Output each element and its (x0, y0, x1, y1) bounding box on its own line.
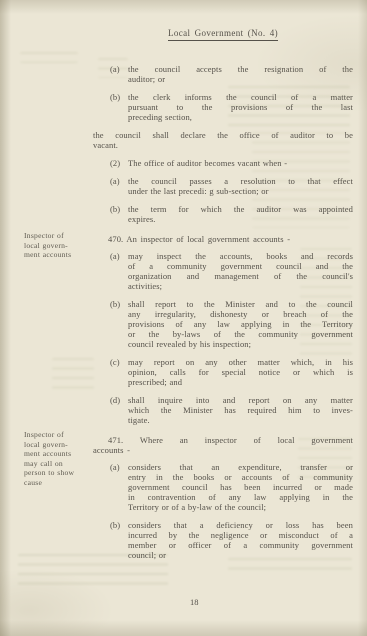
text-line: shall report to the Minister and to the … (128, 299, 353, 309)
text-line: may report on any other matter which, in… (128, 357, 353, 367)
text-line: pursuant to the provisions of the last (128, 102, 353, 112)
document-page: Local Government (No. 4) Inspector ofloc… (0, 0, 367, 636)
text-line: tigate. (128, 415, 353, 425)
ink-bleed-through (20, 52, 78, 63)
text-line: may inspect the accounts, books and reco… (128, 251, 353, 261)
text-line: council revealed by his inspection; (128, 339, 353, 349)
text-line: organization and management of the counc… (128, 271, 353, 281)
paragraph-label: (2) (110, 158, 128, 168)
paragraph-text: the council accepts the resignation of t… (128, 64, 353, 84)
text-line: any irregularity, dishonesty or breach o… (128, 309, 353, 319)
paragraph-text: the term for which the auditor was appoi… (128, 204, 353, 224)
text-line: activities; (128, 281, 353, 291)
text-line: may call on (24, 459, 94, 469)
paragraph-text: The office of auditor becomes vacant whe… (128, 158, 353, 168)
text-line: in contravention of any law applying in … (128, 492, 353, 502)
paragraph-text: shall report to the Minister and to the … (128, 299, 353, 349)
section-471-lead: 471. Where an inspector of local governm… (93, 435, 353, 455)
ink-bleed-through (52, 358, 94, 392)
text-line: Territory or of a by-law of the council; (128, 502, 353, 512)
text-line: local govern- (24, 440, 94, 450)
paragraph-text: the clerk informs the council of a matte… (128, 92, 353, 122)
text-line: The office of auditor becomes vacant whe… (128, 158, 353, 168)
text-line: or the by-laws of the community governme… (128, 329, 353, 339)
text-line: 470. An inspector of local government ac… (93, 234, 353, 244)
text-line: auditor; or (128, 74, 353, 84)
paragraph-text: the council passes a resolution to that … (128, 176, 353, 196)
sub-paragraph: (b)the term for which the auditor was ap… (110, 204, 353, 224)
text-line: which the Minister has required him to i… (128, 405, 353, 415)
text-line: ment accounts (24, 449, 94, 459)
text-line: of a community government council and th… (128, 261, 353, 271)
text-line: the council shall declare the office of … (93, 130, 353, 140)
sub-paragraph: (d)shall inquire into and report on any … (110, 395, 353, 425)
paragraph-label: (c) (110, 357, 128, 387)
text-line: vacant. (93, 140, 353, 150)
section-470-lead: 470. An inspector of local government ac… (93, 234, 353, 244)
sub-paragraph: (2)The office of auditor becomes vacant … (110, 158, 353, 168)
text-line: government council has been incurred or … (128, 482, 353, 492)
text-line: cause (24, 478, 94, 488)
text-line: prescribed; and (128, 377, 353, 387)
text-line: the clerk informs the council of a matte… (128, 92, 353, 102)
text-line: expires. (128, 214, 353, 224)
paragraph-label: (b) (110, 520, 128, 560)
page-header: Local Government (No. 4) (93, 23, 353, 41)
text-line: opinion, calls for special notice or whi… (128, 367, 353, 377)
text-line: under the last precedi: g sub-section; o… (128, 186, 353, 196)
paragraph-label: (b) (110, 92, 128, 122)
subsection-2-subparagraphs: (a)the council passes a resolution to th… (93, 176, 353, 224)
text-line: the council accepts the resignation of t… (128, 64, 353, 74)
text-line: preceding section, (128, 112, 353, 122)
paragraph-text: may inspect the accounts, books and reco… (128, 251, 353, 291)
sub-paragraph: (a)may inspect the accounts, books and r… (110, 251, 353, 291)
text-line: local govern- (24, 241, 94, 251)
paragraph-label: (d) (110, 395, 128, 425)
paragraph-label: (a) (110, 176, 128, 196)
margin-note-section-471: Inspector oflocal govern-ment accountsma… (24, 430, 94, 488)
text-line: considers that an expenditure, transfer … (128, 462, 353, 472)
paragraph-text: considers that a deficiency or loss has … (128, 520, 353, 560)
text-line: accounts - (93, 445, 353, 455)
sub-paragraph: (c)may report on any other matter which,… (110, 357, 353, 387)
text-line: entry in the books or accounts of a comm… (128, 472, 353, 482)
paragraph-label: (a) (110, 462, 128, 512)
text-line: the council passes a resolution to that … (128, 176, 353, 186)
sub-paragraph: (b)considers that a deficiency or loss h… (110, 520, 353, 560)
text-line: incurred by the negligence or misconduct… (128, 530, 353, 540)
paragraph-label: (a) (110, 64, 128, 84)
margin-note-section-470: Inspector oflocal govern-ment accounts (24, 231, 94, 260)
text-line: shall inquire into and report on any mat… (128, 395, 353, 405)
text-column: (a)the council accepts the resignation o… (93, 64, 353, 568)
section-470-subparagraphs: (a)may inspect the accounts, books and r… (93, 251, 353, 425)
text-line: Inspector of (24, 430, 94, 440)
sub-paragraph: (b)the clerk informs the council of a ma… (110, 92, 353, 122)
paragraph-label: (b) (110, 299, 128, 349)
text-line: considers that a deficiency or loss has … (128, 520, 353, 530)
paragraph-text: considers that an expenditure, transfer … (128, 462, 353, 512)
text-line: Inspector of (24, 231, 94, 241)
sub-paragraph: (b)shall report to the Minister and to t… (110, 299, 353, 349)
section-471-subparagraphs: (a)considers that an expenditure, transf… (93, 462, 353, 560)
text-line: 471. Where an inspector of local governm… (93, 435, 353, 445)
text-line: provisions of any law applying in the Te… (128, 319, 353, 329)
sub-paragraph: (a)the council passes a resolution to th… (110, 176, 353, 196)
paragraph-label: (b) (110, 204, 128, 224)
paragraph-text: shall inquire into and report on any mat… (128, 395, 353, 425)
text-line: council; or (128, 550, 353, 560)
intro-closing-paragraph: the council shall declare the office of … (93, 130, 353, 150)
text-line: person to show (24, 468, 94, 478)
page-number: 18 (190, 597, 199, 607)
paragraph-label: (a) (110, 251, 128, 291)
subsection-2-lead: (2)The office of auditor becomes vacant … (93, 158, 353, 168)
sub-paragraph: (a)the council accepts the resignation o… (110, 64, 353, 84)
sub-paragraph: (a)considers that an expenditure, transf… (110, 462, 353, 512)
paragraph-text: may report on any other matter which, in… (128, 357, 353, 387)
running-title: Local Government (No. 4) (168, 28, 278, 41)
intro-subparagraphs: (a)the council accepts the resignation o… (93, 64, 353, 122)
text-line: ment accounts (24, 250, 94, 260)
text-line: the term for which the auditor was appoi… (128, 204, 353, 214)
text-line: member or officer of a community governm… (128, 540, 353, 550)
